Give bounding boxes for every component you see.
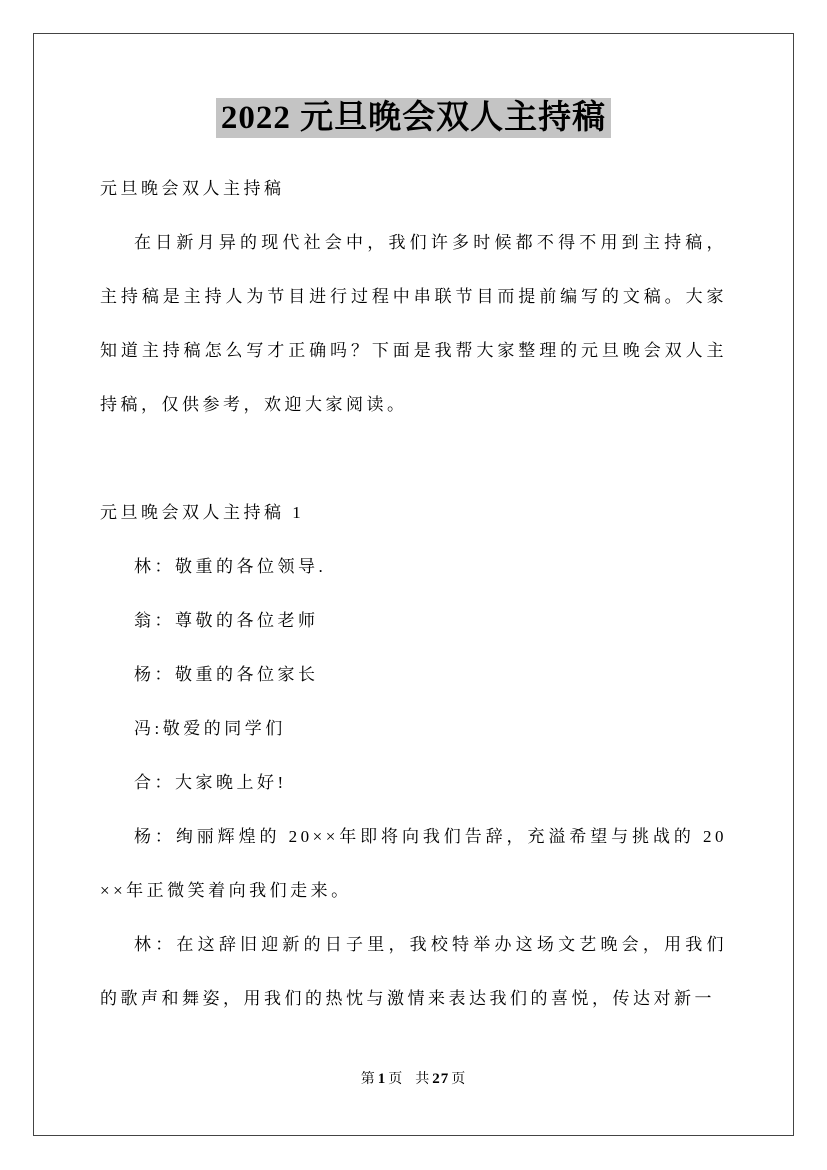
- footer-total-pages-number: 27: [430, 1071, 451, 1087]
- document-page: 2022 元旦晚会双人主持稿 元旦晚会双人主持稿 在日新月异的现代社会中，我们许…: [0, 0, 827, 1170]
- document-content: 2022 元旦晚会双人主持稿 元旦晚会双人主持稿 在日新月异的现代社会中，我们许…: [100, 96, 727, 1026]
- paragraph-subtitle: 元旦晚会双人主持稿: [100, 162, 727, 216]
- page-footer: 第1页共27页: [0, 1068, 827, 1088]
- paragraph-intro: 在日新月异的现代社会中，我们许多时候都不得不用到主持稿，主持稿是主持人为节目进行…: [100, 216, 727, 432]
- dialogue-line-feng-greeting: 冯:敬爱的同学们: [100, 702, 727, 756]
- document-title: 2022 元旦晚会双人主持稿: [100, 96, 727, 140]
- footer-current-page-number: 1: [376, 1071, 389, 1087]
- footer-total-prefix-label: 共: [415, 1072, 430, 1087]
- footer-page-prefix-label: 第: [361, 1072, 376, 1087]
- dialogue-line-weng-greeting: 翁：尊敬的各位老师: [100, 594, 727, 648]
- footer-page-suffix-label: 页: [388, 1072, 403, 1087]
- title-highlight: 2022 元旦晚会双人主持稿: [216, 98, 611, 138]
- dialogue-line-lin-gala: 林：在这辞旧迎新的日子里，我校特举办这场文艺晚会，用我们的歌声和舞姿，用我们的热…: [100, 918, 727, 1026]
- dialogue-line-yang-greeting: 杨：敬重的各位家长: [100, 648, 727, 702]
- dialogue-line-all-greeting: 合：大家晚上好!: [100, 756, 727, 810]
- dialogue-line-lin-greeting: 林：敬重的各位领导.: [100, 540, 727, 594]
- dialogue-line-yang-newyear: 杨：绚丽辉煌的 20××年即将向我们告辞，充溢希望与挑战的 20××年正微笑着向…: [100, 810, 727, 918]
- footer-total-suffix-label: 页: [451, 1072, 466, 1087]
- section-heading-1: 元旦晚会双人主持稿 1: [100, 486, 727, 540]
